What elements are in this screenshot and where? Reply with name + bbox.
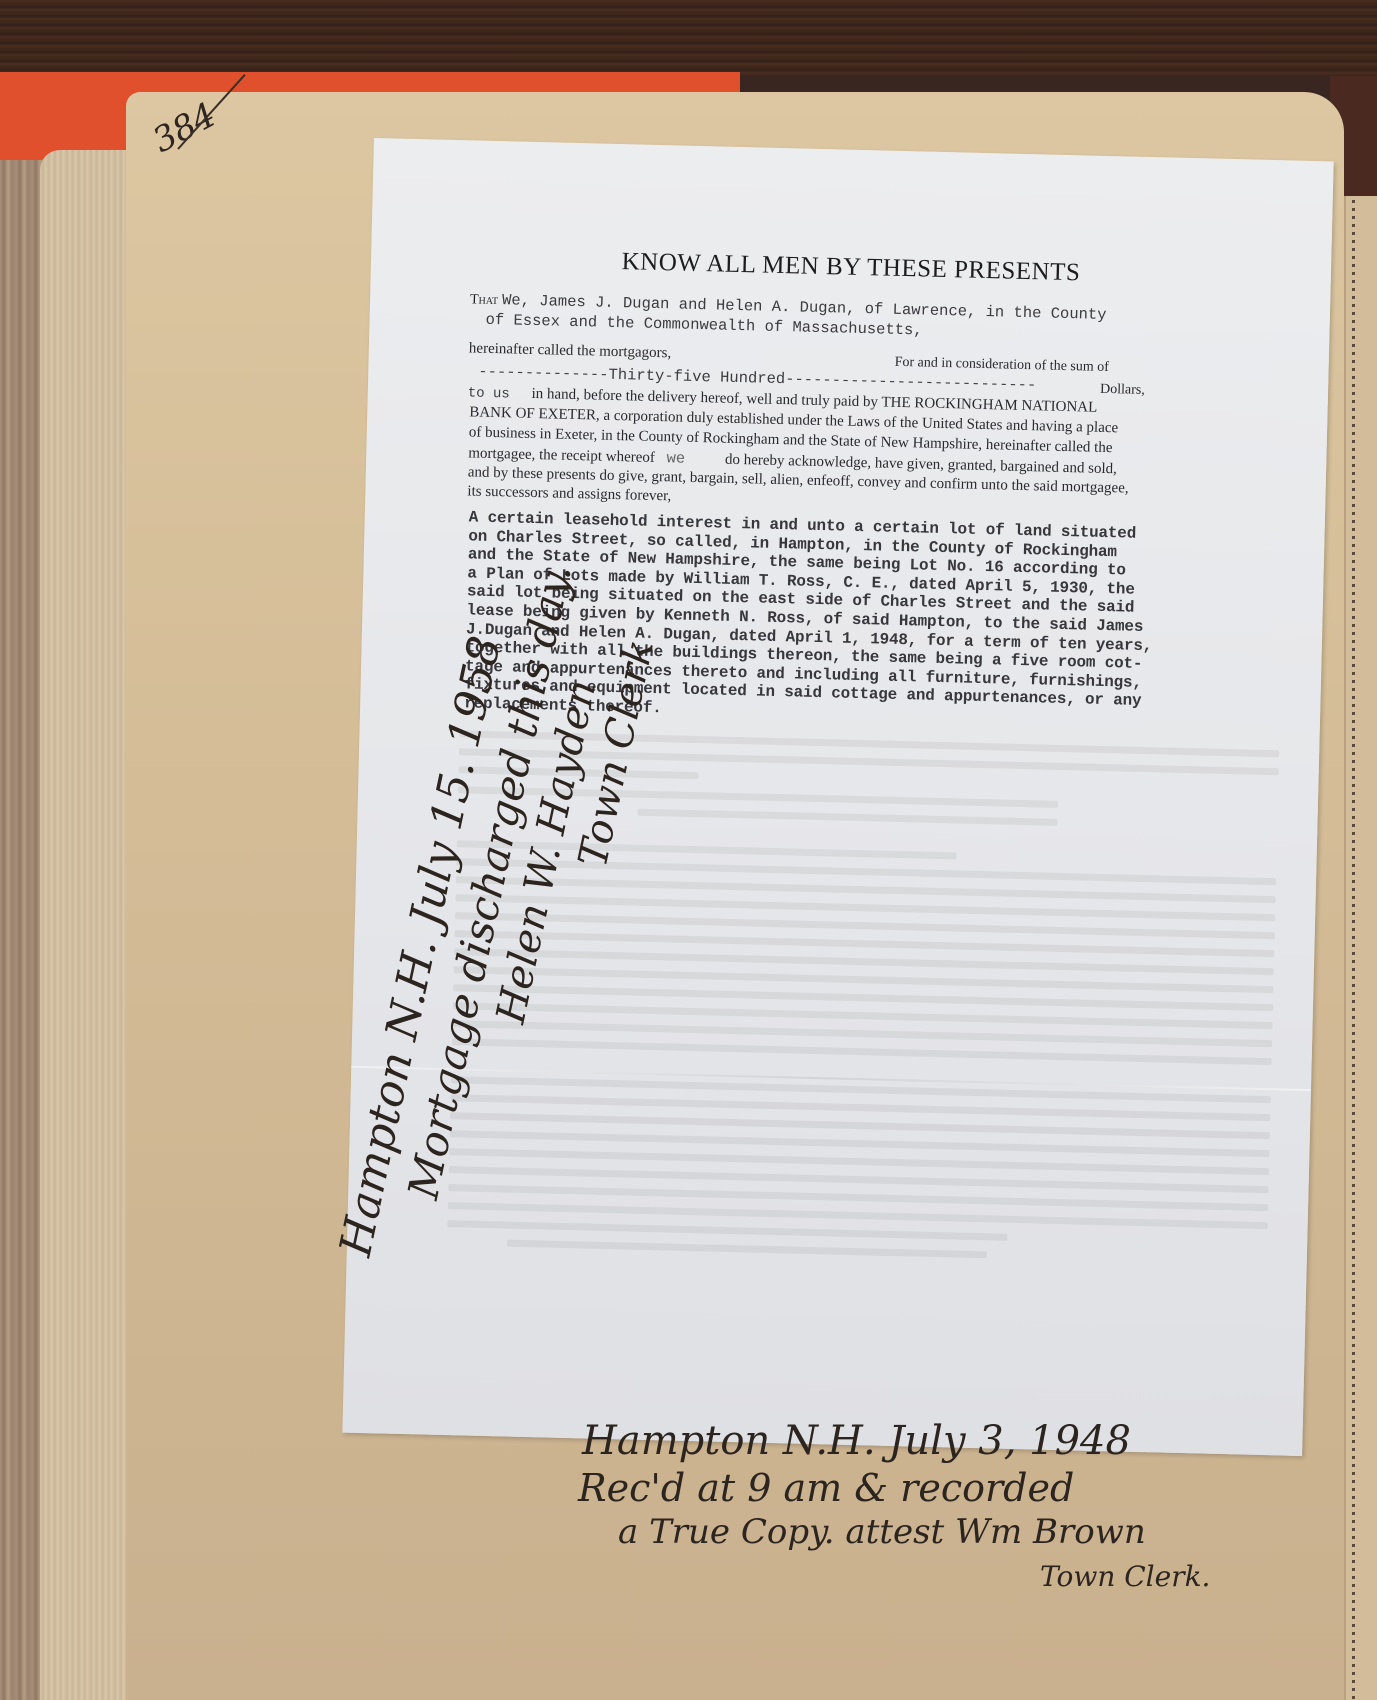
recording-note-line: Town Clerk. (1040, 1560, 1210, 1593)
mortgagors-label: hereinafter called the mortgagors, (469, 340, 672, 362)
to-us-field: to us (468, 385, 510, 402)
payment-clause-6: its successors and assigns forever, (467, 483, 671, 505)
book-page-edges (40, 150, 135, 1700)
wooden-table-background (0, 0, 1377, 76)
recording-note-line: Hampton N.H. July 3, 1948 (582, 1418, 1131, 1464)
that-label: That (470, 292, 498, 308)
binding-stitches (1352, 200, 1355, 1700)
document-title: KNOW ALL MEN BY THESE PRESENTS (371, 242, 1331, 293)
recording-note-line: a True Copy. attest Wm Brown (618, 1512, 1146, 1552)
dollars-label: Dollars, (1100, 382, 1145, 399)
facing-page-edge (1344, 196, 1377, 1700)
we-field: we (666, 449, 685, 467)
payment-clause-4a: mortgagee, the receipt whereof (468, 445, 655, 466)
recording-note-line: Rec'd at 9 am & recorded (578, 1466, 1074, 1510)
